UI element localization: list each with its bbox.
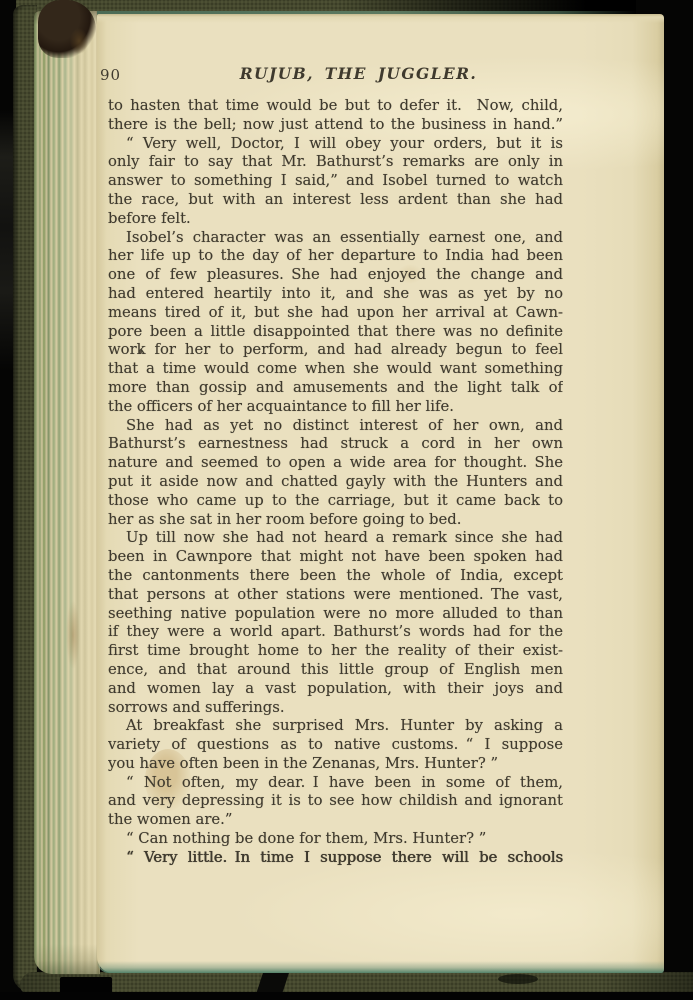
text-line: put it aside now and chatted gayly with …: [108, 473, 563, 492]
text-line: one of few pleasures. She had enjoyed th…: [108, 266, 563, 285]
page-bottom-edge-tint: [97, 961, 664, 973]
text-line: her life up to the day of her departure …: [108, 247, 563, 266]
text-line: “ Very well, Doctor, I will obey your or…: [108, 135, 563, 154]
text-line: means tired of it, but she had upon her …: [108, 304, 563, 323]
text-line: more than gossip and amusements and the …: [108, 379, 563, 398]
text-line: if they were a world apart. Bathurst’s w…: [108, 623, 563, 642]
text-line: Bathurst’s earnestness had struck a cord…: [108, 435, 563, 454]
text-line: Up till now she had not heard a remark s…: [108, 529, 563, 548]
text-line: She had as yet no distinct interest of h…: [108, 417, 563, 436]
running-header: RUJUB, THE JUGGLER.: [131, 64, 586, 83]
text-line: At breakfast she surprised Mrs. Hunter b…: [108, 717, 563, 736]
text-line: sorrows and sufferings.: [108, 699, 563, 718]
text-line: Isobel’s character was an essentially ea…: [108, 229, 563, 248]
text-line: her as she sat in her room before going …: [108, 511, 563, 530]
text-line: the race, but with an interest less arde…: [108, 191, 563, 210]
text-line: that persons at other stations were ment…: [108, 586, 563, 605]
text-line: work for her to perform, and had already…: [108, 341, 563, 360]
text-line: there is the bell; now just attend to th…: [108, 116, 563, 135]
worn-corner-detail: [70, 28, 88, 54]
text-line: and women lay a vast population, with th…: [108, 680, 563, 699]
text-line: seething native population were no more …: [108, 605, 563, 624]
shadow-blot: [498, 974, 538, 984]
text-line: the women are.”: [108, 811, 563, 830]
page-number: 90: [100, 66, 121, 84]
text-line: variety of questions as to native custom…: [108, 736, 563, 755]
text-line: been in Cawnpore that might not have bee…: [108, 548, 563, 567]
text-line: and very depressing it is to see how chi…: [108, 792, 563, 811]
text-line: “ Not often, my dear. I have been in som…: [108, 774, 563, 793]
text-line: that a time would come when she would wa…: [108, 360, 563, 379]
worn-corner: [38, 0, 96, 58]
text-line: only fair to say that Mr. Bathurst’s rem…: [108, 153, 563, 172]
book-cover-bottom-edge: [20, 972, 693, 994]
text-line: ence, and that around this little group …: [108, 661, 563, 680]
text-line: the officers of her acquaintance to fill…: [108, 398, 563, 417]
book-scan: 90 RUJUB, THE JUGGLER. to hasten that ti…: [0, 0, 693, 1000]
text-line: to hasten that time would be but to defe…: [108, 97, 563, 116]
text-line: first time brought home to her the reali…: [108, 642, 563, 661]
text-line: “ Very little. In time I suppose there w…: [108, 849, 563, 868]
page-text: to hasten that time would be but to defe…: [108, 97, 563, 868]
text-line: answer to something I said,” and Isobel …: [108, 172, 563, 191]
background-strip: [0, 992, 693, 1000]
text-line: nature and seemed to open a wide area fo…: [108, 454, 563, 473]
page-edge-stack: [34, 11, 100, 974]
text-line: pore been a little disappointed that the…: [108, 323, 563, 342]
text-line: “ Can nothing be done for them, Mrs. Hun…: [108, 830, 563, 849]
text-line: before felt.: [108, 210, 563, 229]
text-line: you have often been in the Zenanas, Mrs.…: [108, 755, 563, 774]
text-line: the cantonments there been the whole of …: [108, 567, 563, 586]
page-header: 90 RUJUB, THE JUGGLER.: [108, 64, 563, 84]
text-line: had entered heartily into it, and she wa…: [108, 285, 563, 304]
text-line: those who came up to the carriage, but i…: [108, 492, 563, 511]
stack-smudge: [66, 600, 80, 670]
